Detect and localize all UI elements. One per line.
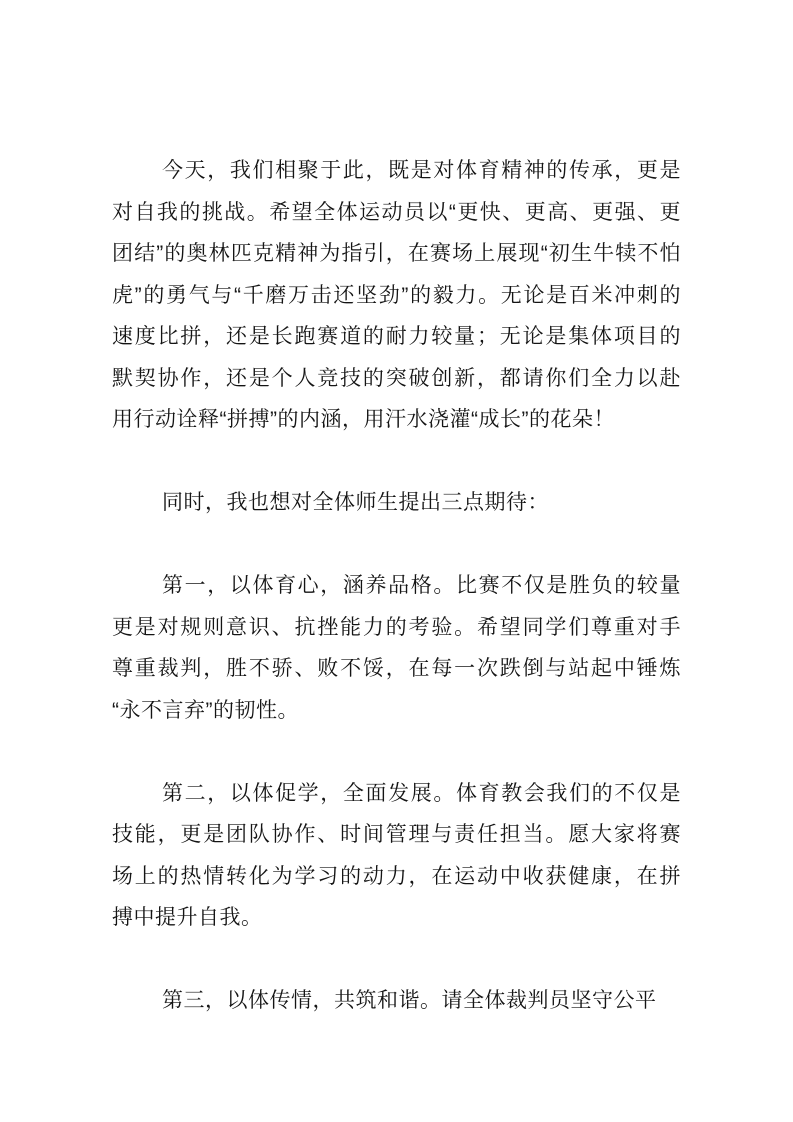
text-line: 第二，以体促学，全面发展。体育教会我们的不仅是: [112, 773, 681, 815]
paragraph-opening: 今天，我们相聚于此，既是对体育精神的传承，更是 对自我的挑战。希望全体运动员以“…: [112, 150, 681, 441]
text-line: 今天，我们相聚于此，既是对体育精神的传承，更是: [112, 150, 681, 192]
text-line: 用行动诠释“拼搏”的内涵，用汗水浇灌“成长”的花朵！: [112, 399, 681, 441]
text-line: 同时，我也想对全体师生提出三点期待：: [112, 482, 681, 524]
paragraph-expectations-intro: 同时，我也想对全体师生提出三点期待：: [112, 482, 681, 524]
paragraph-first-expectation: 第一，以体育心，涵养品格。比赛不仅是胜负的较量 更是对规则意识、抗挫能力的考验。…: [112, 565, 681, 731]
document-page: 今天，我们相聚于此，既是对体育精神的传承，更是 对自我的挑战。希望全体运动员以“…: [0, 0, 793, 1122]
text-line: 虎”的勇气与“千磨万击还坚劲”的毅力。无论是百米冲刺的: [112, 275, 681, 317]
paragraph-third-expectation: 第三，以体传情，共筑和谐。请全体裁判员坚守公平: [112, 980, 681, 1022]
text-line: 速度比拼，还是长跑赛道的耐力较量；无论是集体项目的: [112, 316, 681, 358]
paragraph-second-expectation: 第二，以体促学，全面发展。体育教会我们的不仅是 技能，更是团队协作、时间管理与责…: [112, 773, 681, 939]
text-line: 团结”的奥林匹克精神为指引，在赛场上展现“初生牛犊不怕: [112, 233, 681, 275]
text-line: 技能，更是团队协作、时间管理与责任担当。愿大家将赛: [112, 814, 681, 856]
text-line: 搏中提升自我。: [112, 897, 681, 939]
text-line: 第一，以体育心，涵养品格。比赛不仅是胜负的较量: [112, 565, 681, 607]
text-line: 尊重裁判，胜不骄、败不馁，在每一次跌倒与站起中锤炼: [112, 648, 681, 690]
text-line: 对自我的挑战。希望全体运动员以“更快、更高、更强、更: [112, 192, 681, 234]
text-line: 更是对规则意识、抗挫能力的考验。希望同学们尊重对手: [112, 607, 681, 649]
text-line: 场上的热情转化为学习的动力，在运动中收获健康，在拼: [112, 856, 681, 898]
text-line: 默契协作，还是个人竞技的突破创新，都请你们全力以赴: [112, 358, 681, 400]
text-line: 第三，以体传情，共筑和谐。请全体裁判员坚守公平: [112, 980, 681, 1022]
text-line: “永不言弃”的韧性。: [112, 690, 681, 732]
